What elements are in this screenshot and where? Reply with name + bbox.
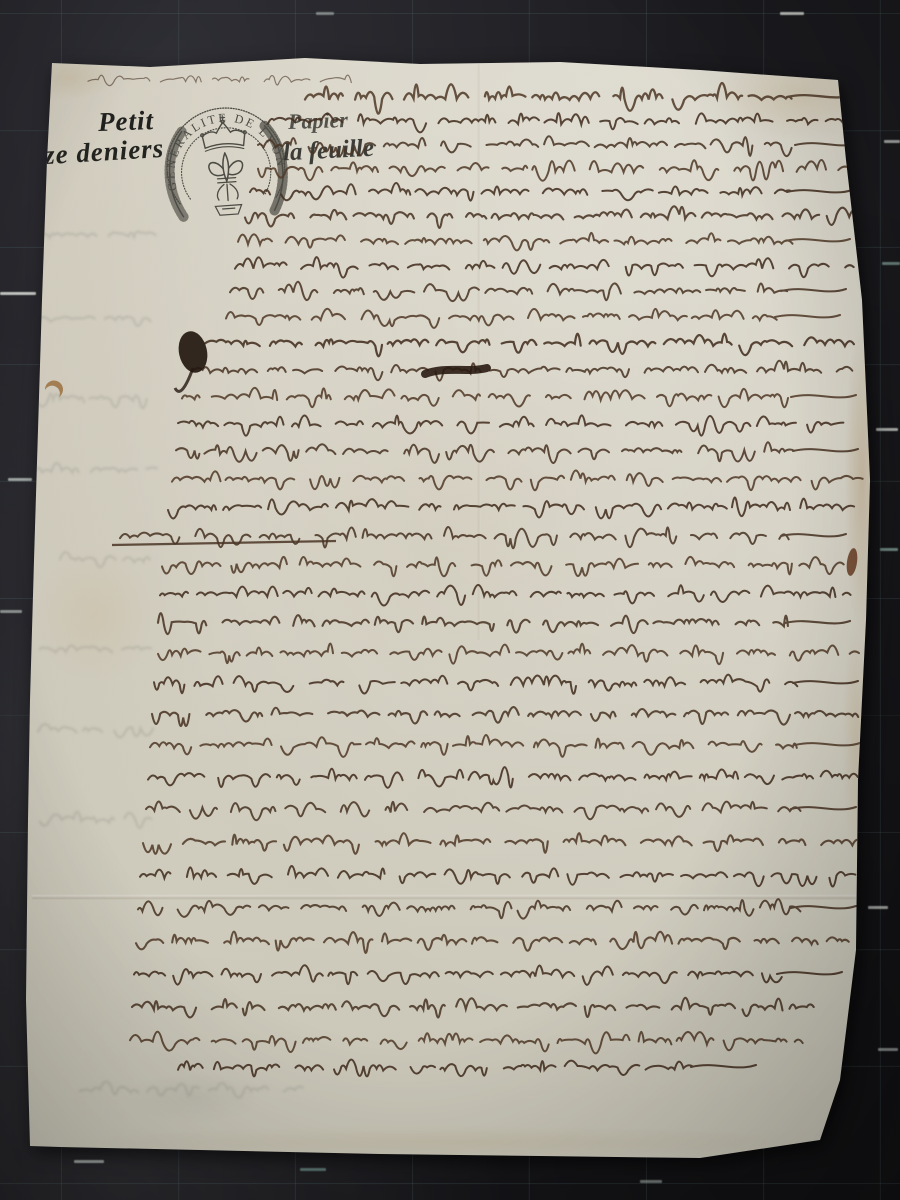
handwriting-line [268,113,855,132]
ghost-script-line [60,552,150,567]
photo-scene: Petit uze deniers Papier la feuille GENE… [0,0,900,1200]
handwriting-line [162,557,844,576]
ghost-script-line [40,812,151,828]
handwriting-line [150,735,860,757]
ghost-script-line [40,646,151,653]
handwriting-line [245,206,862,228]
handwriting-line [258,136,860,156]
handwriting-line [230,282,846,301]
paper-wrapper: Petit uze deniers Papier la feuille GENE… [0,0,900,1200]
handwriting [0,0,900,1200]
handwriting-line [176,442,858,463]
handwriting-line [158,613,850,634]
handwriting-line [143,833,860,854]
handwriting-line [235,257,854,277]
handwriting-line [146,802,856,821]
edge-ink-smear [845,547,859,576]
handwriting-line [130,1032,803,1054]
show-through-script [36,232,303,1098]
handwriting-line [178,1060,756,1077]
handwriting-line [88,75,351,86]
ghost-script-line [36,463,157,472]
ghost-script-line [38,724,153,737]
handwriting-line [182,388,856,407]
handwriting-line [238,233,850,251]
handwriting-line [172,471,863,491]
cursive-ink-lines [88,75,863,1076]
ghost-script-line [38,317,150,326]
manuscript-paper: Petit uze deniers Papier la feuille GENE… [0,0,900,1200]
ink-blot-tail [175,368,193,391]
handwriting-line [120,527,846,548]
handwriting-line [192,361,852,381]
handwriting-line [134,965,842,985]
ghost-script-line [80,1082,303,1098]
handwriting-line [250,183,852,201]
handwriting-line [138,899,856,919]
handwriting-line [178,415,843,435]
crescent-stain [45,381,63,397]
handwriting-line [158,644,859,665]
strikethrough-mark [425,368,487,374]
handwriting-line [226,309,840,328]
handwriting-line [258,160,862,181]
handwriting-line [168,498,854,519]
handwriting-line [148,767,858,788]
ghost-script-line [40,232,155,238]
ghost-script-line [36,394,147,408]
handwriting-line [136,932,849,953]
handwriting-line [132,998,814,1018]
handwriting-line [305,83,852,114]
handwriting-line [140,866,855,887]
handwriting-line [160,585,851,606]
handwriting-line [152,707,858,726]
handwriting-line [154,675,858,694]
handwriting-line [205,334,854,357]
